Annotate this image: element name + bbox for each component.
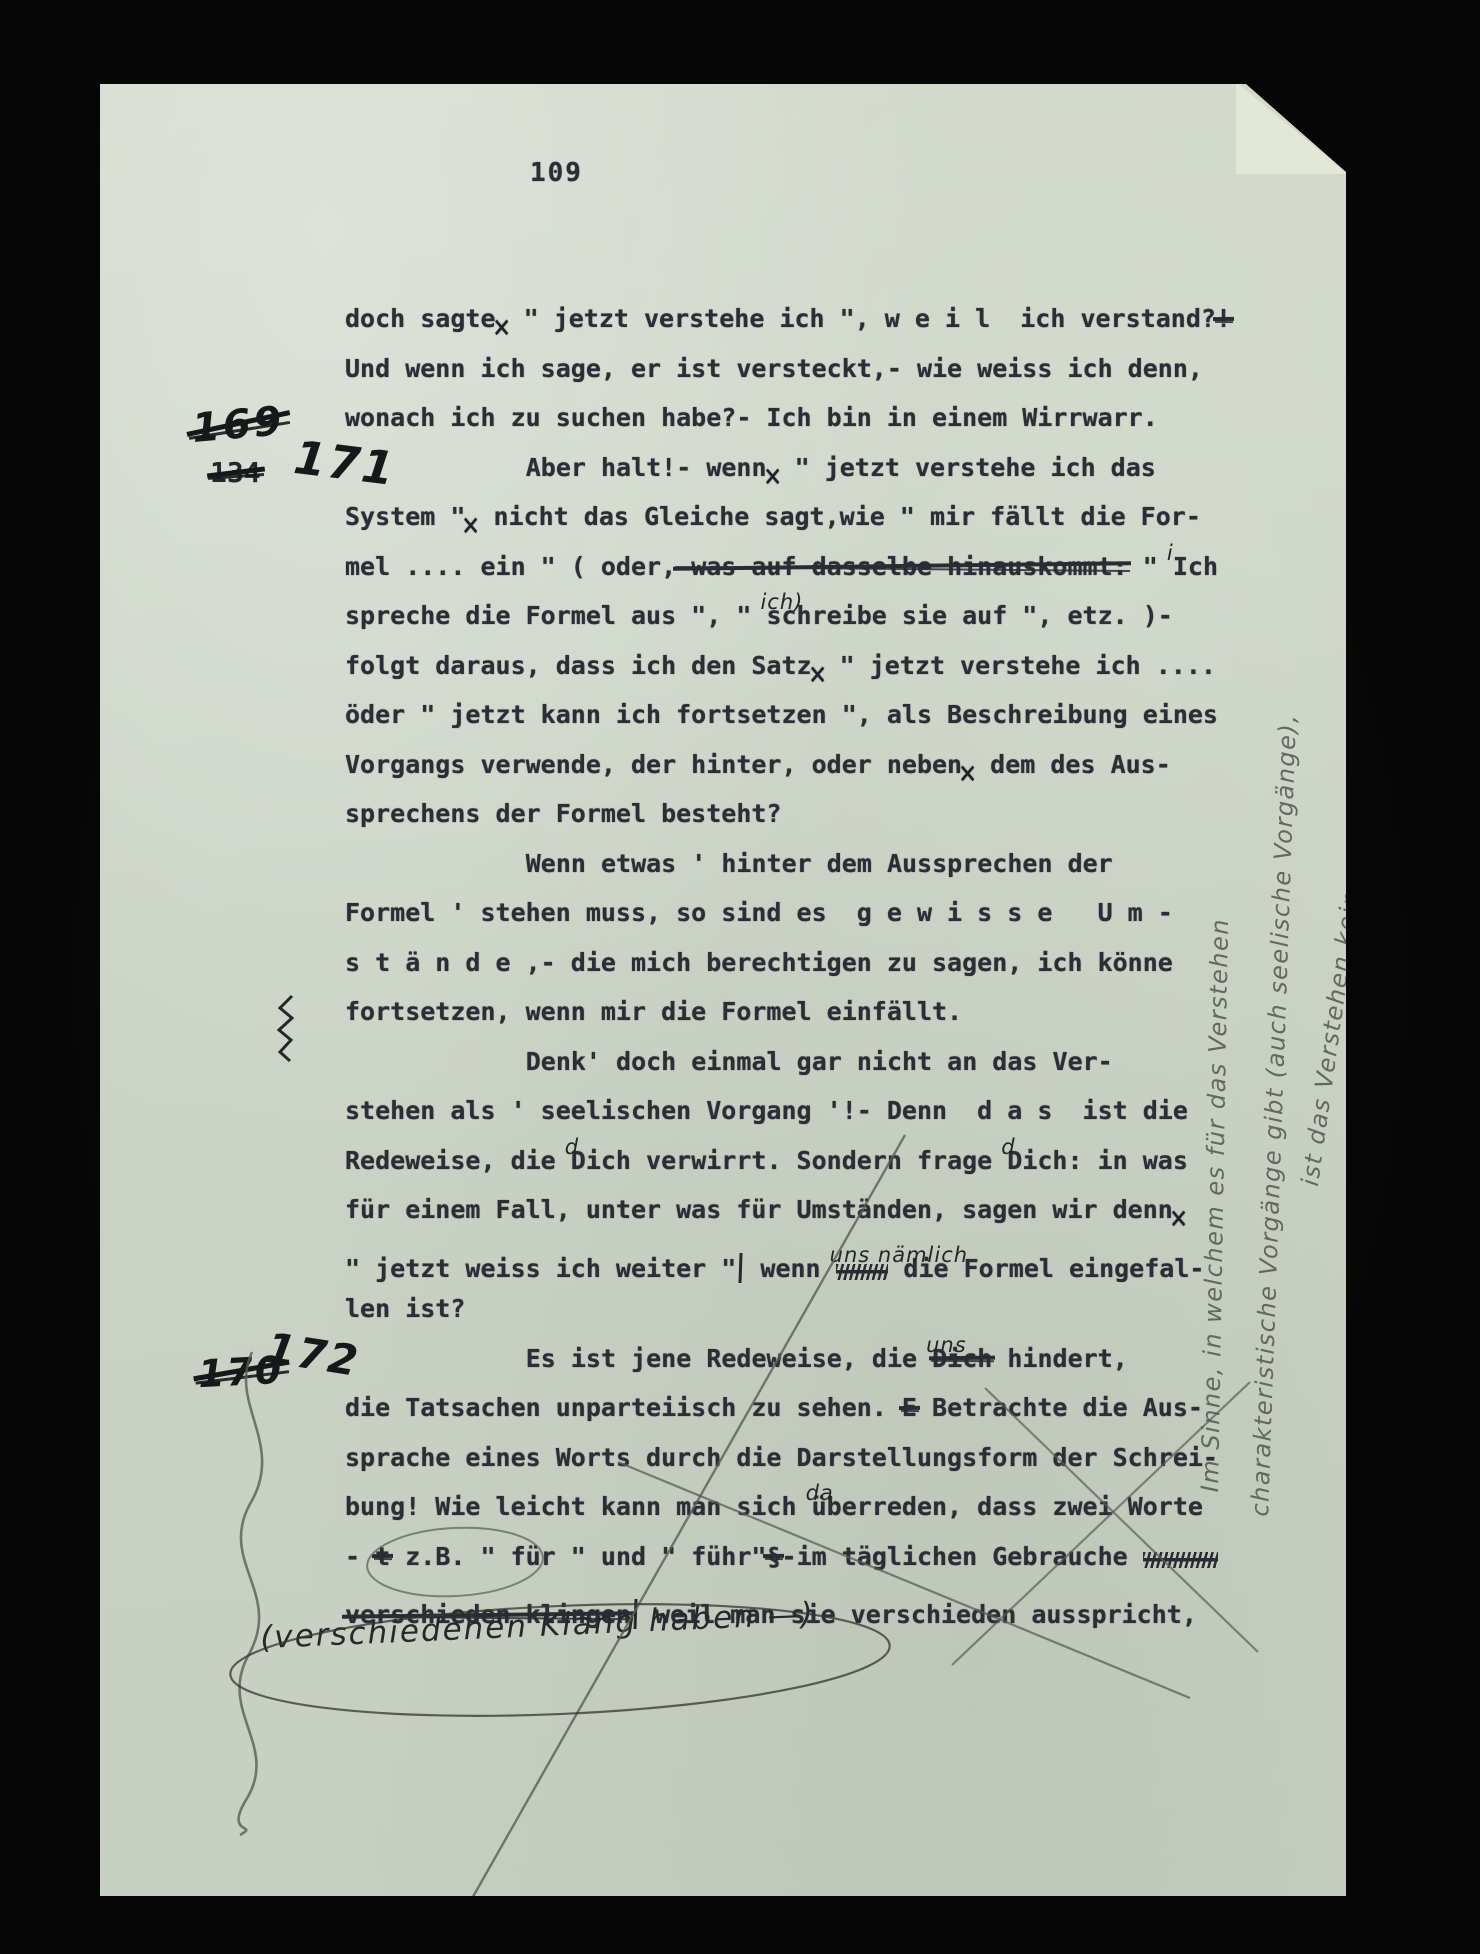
marginal-note-line-2: charakteristische Vorgänge gibt (auch se… <box>1246 713 1302 1517</box>
handwritten-word: d <box>565 1135 579 1160</box>
typed-text: Vorgangs verwende, der hinter, oder nebe… <box>345 750 962 779</box>
typed-text: - <box>345 1542 375 1571</box>
typescript-page: 109 doch sagte× " jetzt verstehe ich ", … <box>100 84 1346 1896</box>
handwritten-word: da <box>806 1481 834 1506</box>
margin-number-new-1: 171 <box>291 430 399 496</box>
typed-text: überreden, dass zwei Worte <box>812 1492 1203 1521</box>
struck-text: E <box>902 1393 917 1422</box>
struck-text: t <box>375 1542 390 1571</box>
typed-text: -im täglichen Gebrauche <box>782 1542 1143 1571</box>
typed-line: stehen als ' seelischen Vorgang '!- Denn… <box>345 1098 1188 1123</box>
handwritten-word: ich) <box>760 590 803 615</box>
typed-line: Und wenn ich sage, er ist versteckt,- wi… <box>345 356 1203 381</box>
typed-line: " jetzt weiss ich weiter " wenn uns näml… <box>345 1247 1204 1281</box>
overtyped-blot <box>836 1264 889 1280</box>
handwritten-word: i <box>1167 541 1174 566</box>
x-mark: × <box>959 755 974 789</box>
typed-line: die Tatsachen unparteiisch zu sehen. E B… <box>345 1395 1203 1420</box>
typed-text: Aber halt!- wenn <box>526 453 767 482</box>
typed-text: die Tatsachen unparteiisch zu sehen. <box>345 1393 902 1422</box>
typed-line: bung! Wie leicht kann man sich daüberred… <box>345 1494 1203 1519</box>
margin-squiggle <box>239 1352 263 1835</box>
overtyped-blot <box>1143 1552 1218 1568</box>
struck-text: Dich <box>932 1344 992 1373</box>
typed-text: Wenn etwas ' hinter dem Aussprechen der <box>526 849 1113 878</box>
typed-text: " jetzt verstehe ich .... <box>825 651 1216 680</box>
typed-text: folgt daraus, dass ich den Satz <box>345 651 812 680</box>
x-mark: × <box>809 656 824 690</box>
typed-text: Dich verwirrt. Sondern frage <box>571 1146 1008 1175</box>
typed-line: Wenn etwas ' hinter dem Aussprechen der <box>526 851 1113 876</box>
typed-text: mel .... ein " ( oder, <box>345 552 676 581</box>
typed-text: sprache eines Worts durch die Darstellun… <box>345 1443 1218 1472</box>
typed-line: len ist? <box>345 1296 465 1321</box>
typed-text: spreche die Formel aus ", " <box>345 601 766 630</box>
typed-line: sprechens der Formel besteht? <box>345 801 782 826</box>
typed-line: Aber halt!- wenn× " jetzt verstehe ich d… <box>526 455 1156 480</box>
marginal-note-line-3: ist das Verstehen kein seelischer Vorgan… <box>1296 617 1346 1188</box>
struck-text: was auf dasselbe hinauskommt: <box>676 552 1128 581</box>
typed-line: doch sagte× " jetzt verstehe ich ", w e … <box>345 306 1231 331</box>
typed-line: s t ä n d e ,- die mich berechtigen zu s… <box>345 950 1173 975</box>
typed-line: Es ist jene Redeweise, die unsDich hinde… <box>526 1346 1128 1371</box>
typed-text: schreibe sie auf ", etz. )- <box>766 601 1172 630</box>
typed-line: - t z.B. " für " und " führ"§-im täglich… <box>345 1544 1218 1569</box>
typed-text: für einem Fall, unter was für Umständen,… <box>345 1195 1173 1224</box>
typed-text: dem des Aus- <box>975 750 1171 779</box>
typed-text: Dich: in was <box>1007 1146 1188 1175</box>
typed-text: len ist? <box>345 1294 465 1323</box>
typed-text: Ich <box>1173 552 1218 581</box>
typed-line: fortsetzen, wenn mir die Formel einfällt… <box>345 999 962 1024</box>
typed-text: Redeweise, die <box>345 1146 571 1175</box>
typed-text: wonach ich zu suchen habe?- Ich bin in e… <box>345 403 1158 432</box>
typed-line: folgt daraus, dass ich den Satz× " jetzt… <box>345 653 1216 678</box>
typed-line: System "× nicht das Gleiche sagt,wie " m… <box>345 504 1201 529</box>
typed-text: Es ist jene Redeweise, die <box>526 1344 932 1373</box>
ink-squiggle <box>279 996 292 1061</box>
typed-text: " jetzt verstehe ich das <box>780 453 1156 482</box>
handwritten-word: d <box>1001 1135 1015 1160</box>
typed-text: Betrachte die Aus- <box>917 1393 1203 1422</box>
typed-text: wenn <box>745 1254 835 1283</box>
x-mark: × <box>764 458 779 492</box>
typed-text: Und wenn ich sage, er ist versteckt,- wi… <box>345 354 1203 383</box>
typed-text: hindert, <box>992 1344 1127 1373</box>
insertion-bar <box>739 1252 743 1282</box>
typed-text: fortsetzen, wenn mir die Formel einfällt… <box>345 997 962 1026</box>
typed-text: doch sagte <box>345 304 496 333</box>
typed-line: Vorgangs verwende, der hinter, oder nebe… <box>345 752 1171 777</box>
page-number: 109 <box>530 158 583 188</box>
typed-line: Redeweise, die dDich verwirrt. Sondern f… <box>345 1148 1188 1173</box>
typed-line: mel .... ein " ( oder, was auf dasselbe … <box>345 554 1218 579</box>
typed-text: Denk' doch einmal gar nicht an das Ver- <box>526 1047 1113 1076</box>
margin-number-typed-1: 134 <box>210 456 261 489</box>
typed-text: System " <box>345 502 465 531</box>
struck-text: ! <box>1216 304 1231 333</box>
x-mark: × <box>493 310 508 344</box>
typed-line: öder " jetzt kann ich fortsetzen ", als … <box>345 702 1218 727</box>
typed-text: stehen als ' seelischen Vorgang '!- Denn… <box>345 1096 1188 1125</box>
typed-line: für einem Fall, unter was für Umständen,… <box>345 1197 1186 1222</box>
margin-number-old-1: 169 <box>190 398 286 452</box>
typed-line: spreche die Formel aus ", " ich)schreibe… <box>345 603 1173 628</box>
typed-text: sprechens der Formel besteht? <box>345 799 782 828</box>
x-mark: × <box>1170 1201 1185 1235</box>
typed-text: bung! Wie leicht kann man sich <box>345 1492 812 1521</box>
typed-line: Denk' doch einmal gar nicht an das Ver- <box>526 1049 1113 1074</box>
x-mark: × <box>462 508 477 542</box>
scan-background: 109 doch sagte× " jetzt verstehe ich ", … <box>0 0 1480 1954</box>
marginal-note-line-1: Im Sinne, in welchem es für das Verstehe… <box>1196 918 1234 1493</box>
typed-line: sprache eines Worts durch die Darstellun… <box>345 1445 1218 1470</box>
typed-text: " jetzt weiss ich weiter " <box>345 1254 736 1283</box>
typed-line: Formel ' stehen muss, so sind es g e w i… <box>345 900 1173 925</box>
corner-fold <box>1236 84 1346 174</box>
typed-text: Formel ' stehen muss, so sind es g e w i… <box>345 898 1173 927</box>
typed-text: " jetzt verstehe ich ", w e i l ich vers… <box>509 304 1216 333</box>
struck-text: § <box>766 1542 781 1571</box>
typed-text: z.B. " für " und " führ" <box>390 1542 766 1571</box>
typed-text: s t ä n d e ,- die mich berechtigen zu s… <box>345 948 1173 977</box>
typed-text: öder " jetzt kann ich fortsetzen ", als … <box>345 700 1218 729</box>
typed-text: nicht das Gleiche sagt,wie " mir fällt d… <box>478 502 1200 531</box>
typed-line: wonach ich zu suchen habe?- Ich bin in e… <box>345 405 1158 430</box>
